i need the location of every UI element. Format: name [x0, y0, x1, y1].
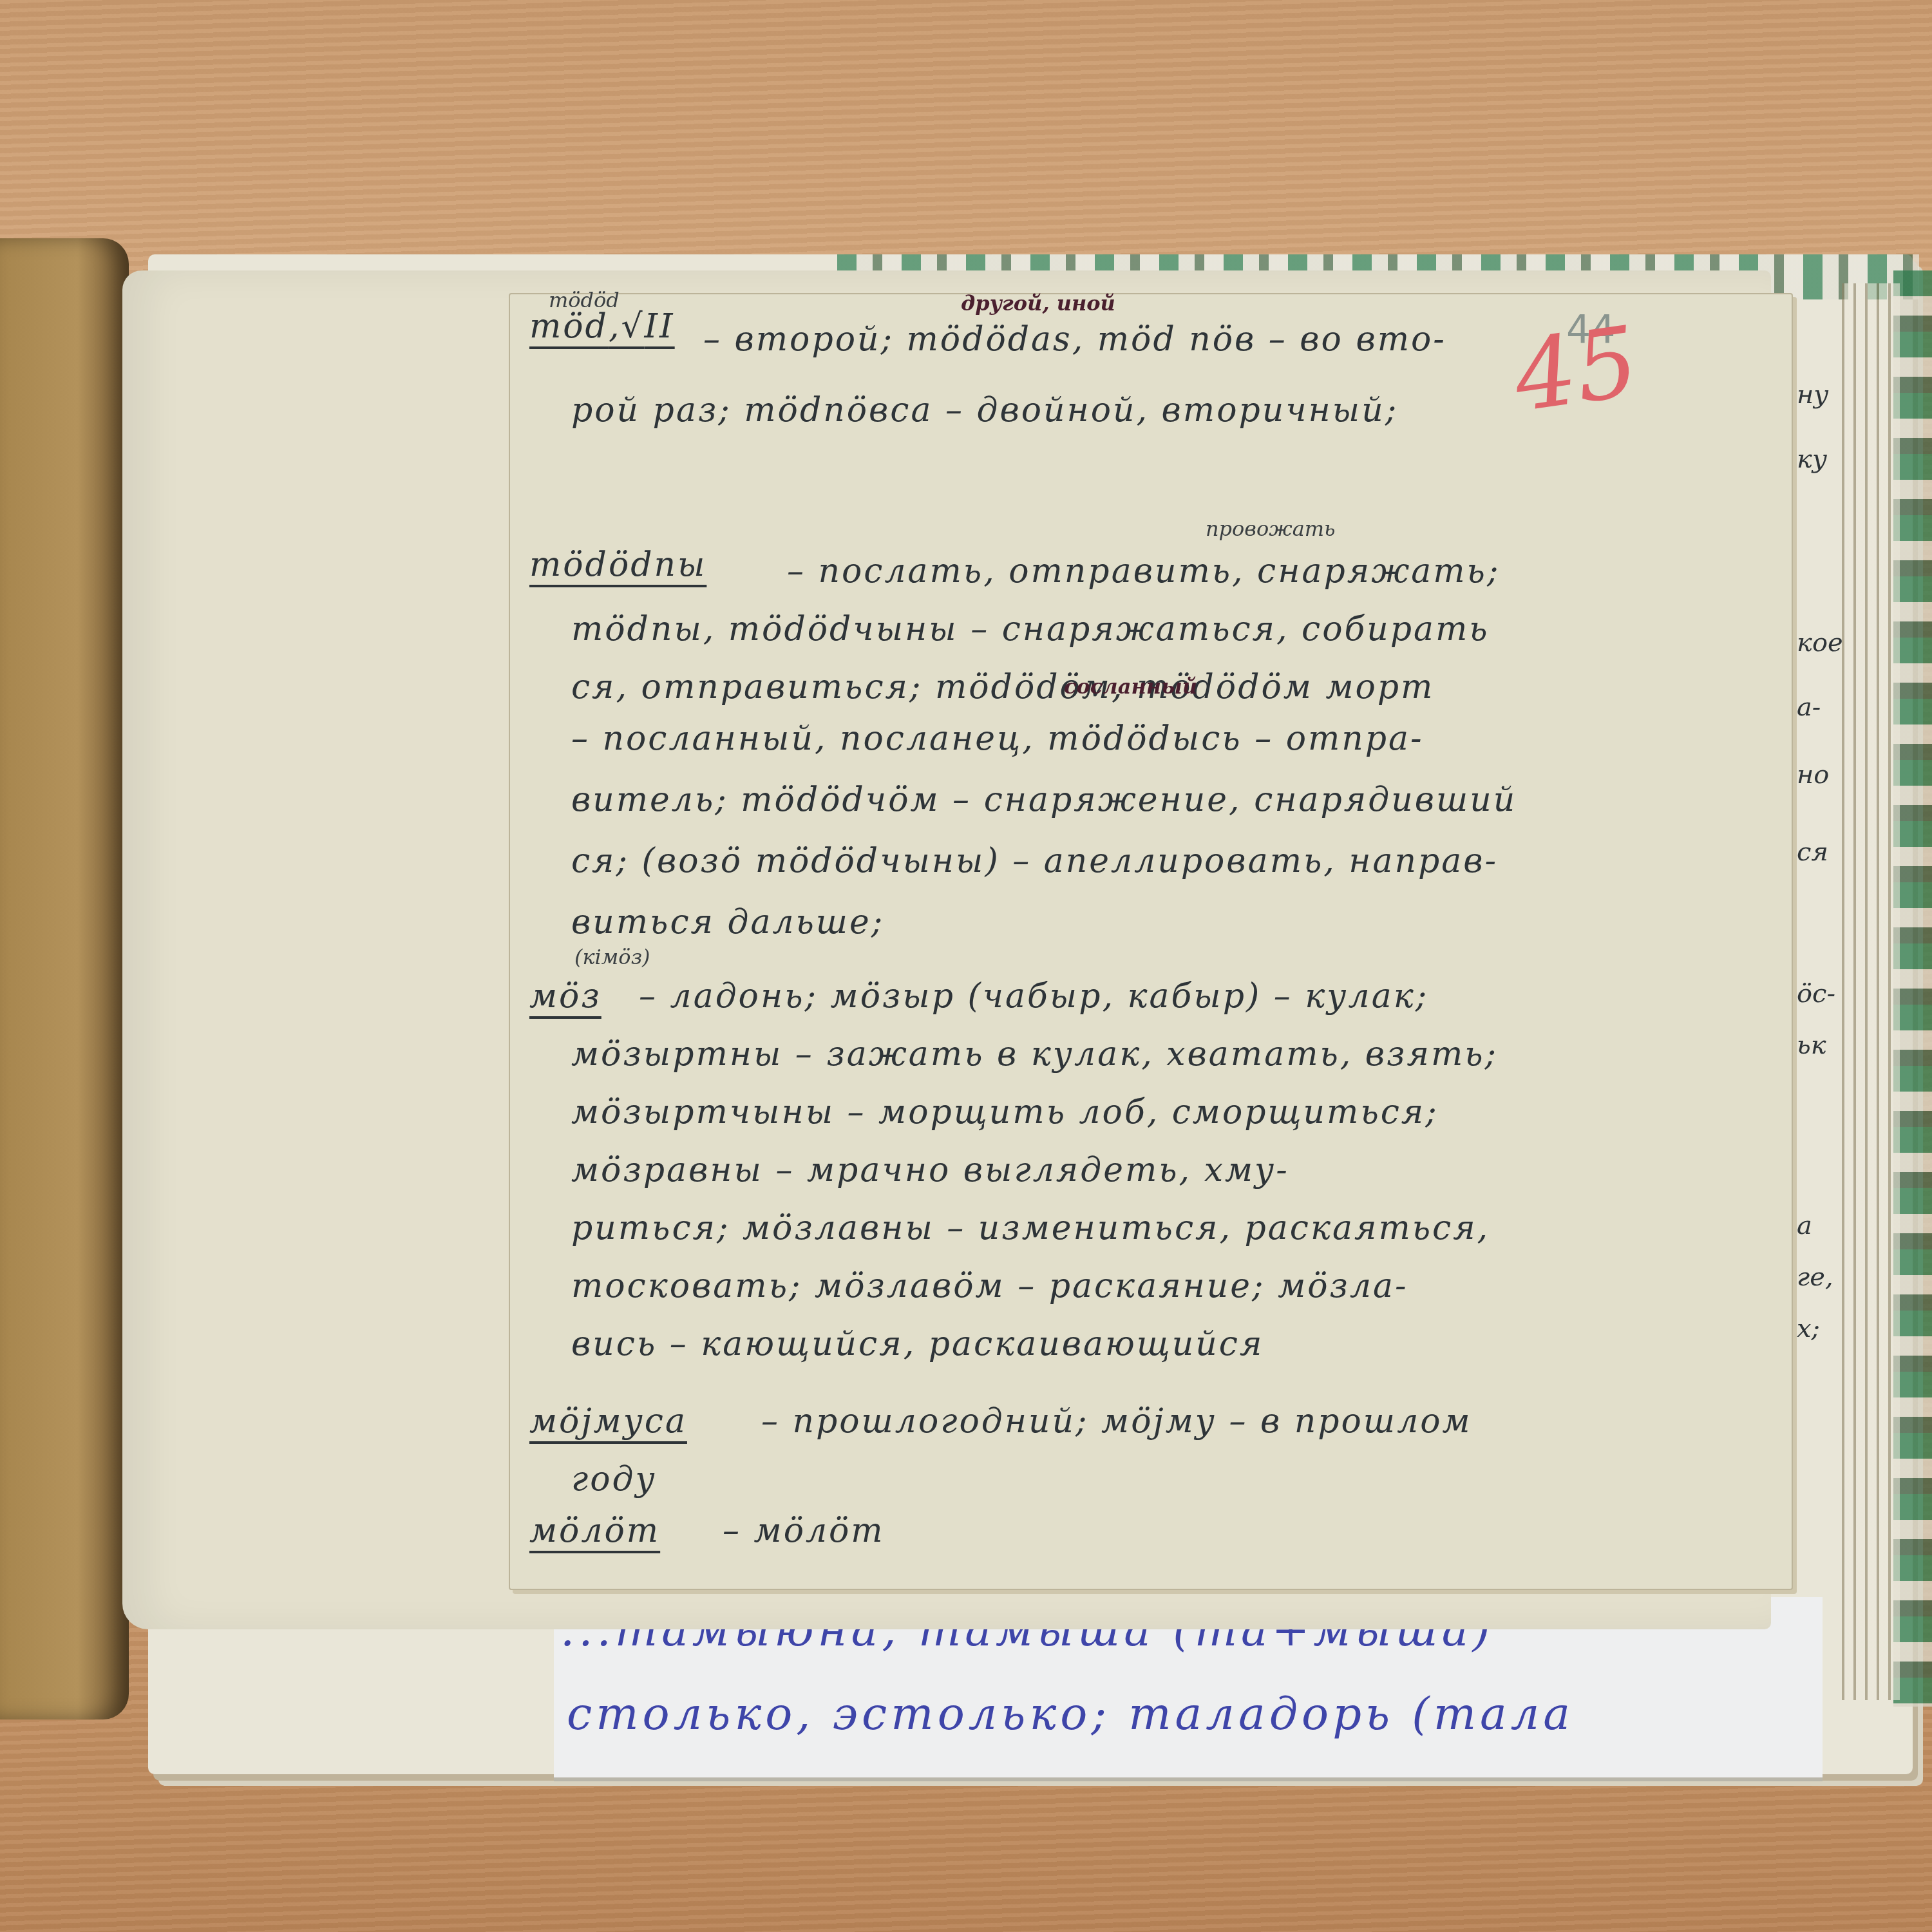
red-page-number: 45: [1508, 306, 1645, 434]
entry-line: – послать, отправить, снаряжать;: [787, 552, 1500, 591]
headword-molot: мöлöт: [529, 1511, 660, 1550]
entry-line: ся, отправиться; mödödöм, mödödöм морт: [571, 668, 1434, 706]
entry-line: тосковать; мöзлавöм – раскаяние; мöзла-: [571, 1267, 1408, 1305]
headword-mojmusa: мöjмуса: [529, 1402, 687, 1441]
annotation-provozhat: провожать: [1206, 516, 1335, 541]
entry-line: – ладонь; мöзыр (чабыр, кабыр) – кулак;: [639, 977, 1428, 1016]
margin-fragment: х;: [1797, 1314, 1820, 1343]
stacked-page-edges: [1842, 283, 1900, 1700]
entry-line: мöзравны – мрачно выглядеть, хму-: [571, 1151, 1289, 1189]
entry-line: мöзыртны – зажать в кулак, хватать, взят…: [571, 1035, 1498, 1074]
headword-mododny: mödödnы: [529, 545, 706, 584]
margin-fragment: ьк: [1797, 1030, 1826, 1060]
entry-line: – мöлöт: [723, 1511, 885, 1550]
headword-moz: мöз: [529, 977, 601, 1016]
entry-line: ся; (возö mödödчыны) – апеллировать, нап…: [571, 842, 1498, 880]
headword-text: möd: [529, 307, 609, 346]
margin-fragment: а-: [1797, 692, 1821, 722]
annotation-other: другой, иной: [961, 291, 1115, 316]
entry-line: году: [571, 1460, 657, 1499]
entry-line: – посланный, посланец, mödödысь – отпра-: [571, 719, 1424, 758]
headword-mod: möd,√II: [529, 307, 675, 346]
entry-line: виться дальше;: [571, 903, 884, 942]
margin-fragment: но: [1797, 760, 1829, 790]
entry-line: витель; mödödчöм – снаряжение, снарядивш…: [571, 781, 1517, 819]
entry-line: mödnы, mödödчыны – снаряжаться, собирать: [571, 610, 1490, 649]
entry-line: риться; мöзлавны – измениться, раскаятьс…: [571, 1209, 1490, 1247]
entry-line: рой раз; mödnöвса – двойной, вторичный;: [571, 391, 1398, 430]
dictionary-card: 44 45 mödöd möd,√II другой, иной – второ…: [509, 293, 1793, 1590]
margin-fragment: ся: [1797, 837, 1828, 867]
margin-fragment: öс-: [1797, 979, 1835, 1009]
margin-fragment: кое: [1797, 628, 1843, 658]
entry-line: мöзыртчыны – морщить лоб, сморщиться;: [571, 1093, 1439, 1132]
entry-line: – прошлогодний; мöjму – в прошлом: [761, 1402, 1472, 1441]
numeral-mark: ,√: [609, 307, 645, 346]
entry-line: вись – кающийся, раскаивающийся: [571, 1325, 1264, 1363]
margin-fragment: ге,: [1797, 1262, 1833, 1292]
underlying-line-2: столько, эстолько; таладорь (тала: [567, 1687, 1574, 1740]
margin-fragment: ну: [1797, 380, 1829, 410]
headword-annotation: (кiмöз): [574, 945, 650, 969]
margin-fragment: ку: [1797, 444, 1827, 474]
entry-line: – второй; mödödas, möd nöв – во вто-: [703, 320, 1446, 359]
numeral-value: II: [645, 307, 675, 346]
left-cover-page: [0, 238, 129, 1719]
annotation-soslanny: сосланный: [1064, 674, 1197, 699]
margin-fragment: а: [1797, 1211, 1812, 1240]
